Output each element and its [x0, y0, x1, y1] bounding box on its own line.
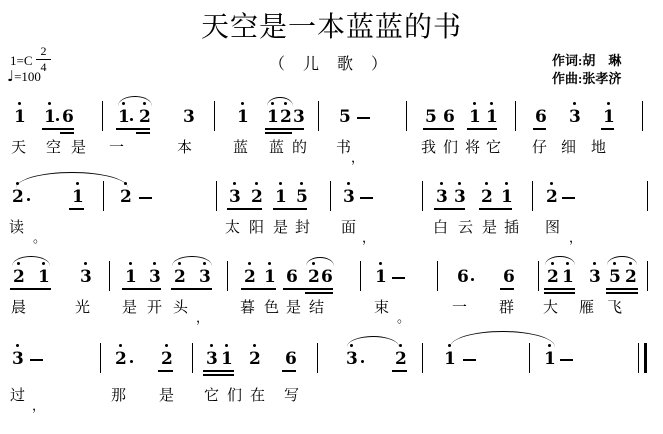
note-digit: 1: [237, 108, 249, 127]
slur-arc: [16, 172, 128, 188]
note-digit: 3: [454, 188, 466, 207]
note-digit: 6: [457, 268, 469, 287]
final-barline: [638, 343, 647, 373]
barline: [330, 181, 331, 211]
note-digit: 2: [115, 350, 127, 369]
beam-underline: [467, 128, 497, 130]
note-digit: 1: [562, 268, 574, 287]
octave-dot: [566, 262, 569, 265]
lyric-syllable: 是: [286, 300, 301, 317]
note-digit: 1: [264, 268, 276, 287]
beam-underline: [601, 128, 614, 130]
octave-dot: [350, 344, 353, 347]
note-digit: 5: [609, 268, 621, 287]
lyric-syllable: 飞: [607, 300, 622, 317]
octave-dot: [548, 344, 551, 347]
note-digit: 5: [425, 108, 437, 127]
lyric-syllable: 那: [111, 388, 126, 405]
lyric-syllable: 读: [9, 220, 24, 237]
octave-dot: [203, 262, 206, 265]
note-digit: 5: [296, 188, 308, 207]
note-digit: 6: [285, 350, 297, 369]
lyric-syllable: 细: [561, 140, 576, 157]
octave-dot: [84, 262, 87, 265]
barline: [216, 181, 217, 211]
octave-dot: [233, 182, 236, 185]
note-digit: 2: [174, 268, 186, 287]
octave-dot: [18, 102, 21, 105]
barline: [102, 101, 103, 131]
barline: [647, 181, 648, 211]
lyric-syllable: 天: [11, 140, 26, 157]
barline: [109, 261, 110, 291]
beam-underline: [69, 208, 84, 210]
beam-underline: [533, 128, 546, 130]
lyric-syllable: 我: [421, 140, 436, 157]
octave-dot: [485, 182, 488, 185]
lyric-syllable: 在: [250, 388, 265, 405]
note-digit: 3: [293, 108, 305, 127]
lyric-syllable: 暮: [240, 300, 255, 317]
slur-arc: [450, 331, 555, 347]
barline: [227, 261, 228, 291]
score: 116123112355611631天空是一本蓝蓝的书，我们将它仔细地21232…: [0, 0, 663, 434]
beam-underline: [273, 208, 307, 210]
beam-underline: [434, 208, 465, 210]
octave-dot: [48, 102, 51, 105]
note-digit: 3: [149, 268, 161, 287]
augmentation-dot: [56, 118, 59, 121]
octave-dot: [613, 262, 616, 265]
octave-dot: [607, 102, 610, 105]
octave-dot: [241, 102, 244, 105]
note-digit: 2: [308, 268, 320, 287]
beam-underline: [544, 288, 575, 290]
note-digit: 1: [444, 350, 456, 369]
beam-underline: [227, 208, 262, 210]
note-digit: 2: [12, 188, 24, 207]
barline: [538, 261, 539, 291]
note-digit: 2: [13, 268, 25, 287]
lyric-syllable: 一: [452, 300, 467, 317]
octave-dot: [248, 262, 251, 265]
beam-underline: [10, 288, 51, 290]
beam-underline: [158, 370, 173, 372]
lyric-syllable: 们: [443, 140, 458, 157]
octave-dot: [165, 344, 168, 347]
octave-dot: [76, 182, 79, 185]
lyric-syllable: 是: [71, 140, 86, 157]
lyric-syllable: 蓝: [269, 140, 284, 157]
barline: [532, 181, 533, 211]
octave-dot: [178, 262, 181, 265]
octave-dot: [347, 182, 350, 185]
octave-dot: [268, 262, 271, 265]
barline: [642, 101, 643, 131]
beam-underline: [203, 374, 234, 376]
lyric-syllable: 是: [482, 220, 497, 237]
lyric-syllable: 色: [264, 300, 279, 317]
duration-dash: [560, 359, 573, 361]
lyric-syllable: 本: [177, 140, 192, 157]
lyric-syllable: 蓝: [233, 140, 248, 157]
note-digit: 1: [375, 268, 387, 287]
lyric-syllable: 云: [458, 220, 473, 237]
note-digit: 3: [569, 108, 581, 127]
octave-dot: [129, 262, 132, 265]
octave-dot: [312, 262, 315, 265]
note-digit: 1: [118, 108, 130, 127]
barline: [422, 343, 423, 373]
barline: [406, 101, 407, 131]
lyric-syllable: ，: [351, 149, 364, 166]
beam-underline: [544, 292, 575, 294]
augmentation-dot: [471, 278, 474, 281]
beam-underline: [606, 292, 638, 294]
beam-underline: [392, 370, 407, 372]
octave-dot: [17, 262, 20, 265]
note-digit: 2: [546, 188, 558, 207]
beam-underline: [171, 288, 212, 290]
note-digit: 2: [625, 268, 637, 287]
octave-dot: [490, 102, 493, 105]
duration-dash: [463, 359, 476, 361]
octave-dot: [16, 344, 19, 347]
octave-dot: [279, 182, 282, 185]
duration-dash: [360, 197, 373, 199]
note-digit: 1: [72, 188, 84, 207]
note-digit: 6: [286, 268, 298, 287]
octave-dot: [440, 182, 443, 185]
octave-dot: [16, 182, 19, 185]
barline: [529, 343, 530, 373]
octave-dot: [153, 262, 156, 265]
note-digit: 1: [501, 188, 513, 207]
note-digit: 3: [199, 268, 211, 287]
octave-dot: [255, 182, 258, 185]
lyric-syllable: 地: [591, 140, 606, 157]
lyric-syllable: 束: [374, 300, 389, 317]
lyric-syllable: 晨: [11, 300, 26, 317]
lyric-syllable: 头: [173, 300, 188, 317]
note-digit: 2: [244, 268, 256, 287]
note-digit: 6: [62, 108, 74, 127]
slur-arc: [607, 256, 637, 265]
lyric-syllable: 一: [109, 140, 124, 157]
note-digit: 2: [120, 188, 132, 207]
beam-underline: [60, 132, 74, 134]
lyric-syllable: 开: [147, 300, 162, 317]
octave-dot: [122, 102, 125, 105]
note-digit: 2: [249, 350, 261, 369]
beam-underline: [282, 370, 296, 372]
lyric-syllable: ，: [362, 229, 375, 246]
octave-dot: [42, 262, 45, 265]
octave-dot: [458, 182, 461, 185]
barline: [317, 343, 318, 373]
barline: [318, 101, 319, 131]
note-digit: 1: [38, 268, 50, 287]
augmentation-dot: [27, 198, 30, 201]
beam-underline: [241, 288, 276, 290]
note-digit: 6: [535, 108, 547, 127]
note-digit: 3: [589, 268, 601, 287]
octave-dot: [284, 102, 287, 105]
beam-underline: [265, 132, 292, 134]
note-digit: 1: [14, 108, 26, 127]
lyric-syllable: 雁: [579, 300, 594, 317]
beam-underline: [122, 288, 161, 290]
lyric-syllable: 写: [284, 388, 299, 405]
augmentation-dot: [130, 118, 133, 121]
octave-dot: [119, 344, 122, 347]
lyric-syllable: 大: [543, 300, 558, 317]
duration-dash: [392, 277, 405, 279]
barline: [515, 101, 516, 131]
sheet-music-page: 天空是一本蓝蓝的书 （ 儿 歌 ） 1=C 2 4 ♩=100 作词:胡 琳 作…: [0, 0, 663, 434]
octave-dot: [593, 262, 596, 265]
octave-dot: [550, 182, 553, 185]
note-digit: 3: [436, 188, 448, 207]
beam-underline: [423, 128, 454, 130]
lyric-syllable: 群: [499, 300, 514, 317]
note-digit: 1: [486, 108, 498, 127]
beam-underline: [305, 292, 333, 294]
lyric-syllable: 空: [46, 140, 61, 157]
lyric-syllable: 。: [397, 309, 410, 326]
octave-dot: [124, 182, 127, 185]
lyric-syllable: 光: [75, 300, 90, 317]
lyric-syllable: 它: [204, 388, 219, 405]
beam-underline: [42, 128, 74, 130]
octave-dot: [473, 102, 476, 105]
lyric-syllable: 仔: [532, 140, 547, 157]
octave-dot: [271, 102, 274, 105]
beam-underline: [136, 132, 150, 134]
note-digit: 1: [275, 188, 287, 207]
octave-dot: [225, 344, 228, 347]
note-digit: 2: [481, 188, 493, 207]
duration-dash: [562, 197, 575, 199]
lyric-syllable: 太: [225, 220, 240, 237]
barline: [103, 181, 104, 211]
lyric-syllable: 插: [504, 220, 519, 237]
beam-underline: [606, 288, 638, 290]
lyric-syllable: 阳: [249, 220, 264, 237]
barline: [100, 343, 101, 373]
note-digit: 3: [80, 268, 92, 287]
note-digit: 2: [161, 350, 173, 369]
octave-dot: [573, 102, 576, 105]
slur-arc: [545, 256, 575, 265]
note-digit: 6: [503, 268, 515, 287]
barline: [192, 343, 193, 373]
lyric-syllable: ，: [569, 229, 582, 246]
octave-dot: [143, 102, 146, 105]
note-digit: 3: [229, 188, 241, 207]
note-digit: 1: [267, 108, 279, 127]
lyric-syllable: 过: [10, 388, 25, 405]
barline: [360, 261, 361, 291]
note-digit: 2: [395, 350, 407, 369]
lyric-syllable: 是: [159, 388, 174, 405]
lyric-syllable: 结: [309, 300, 324, 317]
note-digit: 2: [280, 108, 292, 127]
beam-underline: [283, 288, 333, 290]
slur-arc: [347, 336, 399, 347]
note-digit: 1: [125, 268, 137, 287]
duration-dash: [357, 117, 370, 119]
barline: [214, 101, 215, 131]
lyric-syllable: 是: [273, 220, 288, 237]
octave-dot: [379, 262, 382, 265]
lyric-syllable: 。: [33, 229, 46, 246]
note-digit: 2: [251, 188, 263, 207]
augmentation-dot: [130, 360, 133, 363]
duration-dash: [30, 359, 43, 361]
lyric-syllable: 书: [336, 140, 351, 157]
note-digit: 6: [443, 108, 455, 127]
octave-dot: [629, 262, 632, 265]
lyric-syllable: 面: [341, 220, 356, 237]
lyric-syllable: 将: [465, 140, 480, 157]
note-digit: 3: [206, 350, 218, 369]
beam-underline: [203, 370, 234, 372]
lyric-syllable: 它: [486, 140, 501, 157]
note-digit: 2: [547, 268, 559, 287]
octave-dot: [551, 262, 554, 265]
octave-dot: [210, 344, 213, 347]
lyric-syllable: ，: [196, 309, 209, 326]
note-digit: 2: [139, 108, 151, 127]
lyric-syllable: 是: [122, 300, 137, 317]
octave-dot: [505, 182, 508, 185]
note-digit: 1: [544, 350, 556, 369]
lyric-syllable: 封: [295, 220, 310, 237]
octave-dot: [253, 344, 256, 347]
lyric-syllable: ，: [32, 397, 45, 414]
beam-underline: [265, 128, 304, 130]
octave-dot: [448, 344, 451, 347]
barline: [437, 261, 438, 291]
beam-underline: [479, 208, 512, 210]
octave-dot: [300, 182, 303, 185]
octave-dot: [399, 344, 402, 347]
note-digit: 3: [343, 188, 355, 207]
duration-dash: [139, 197, 152, 199]
lyric-syllable: 白: [433, 220, 448, 237]
beam-underline: [116, 128, 150, 130]
lyric-syllable: 的: [292, 140, 307, 157]
note-digit: 1: [603, 108, 615, 127]
lyric-syllable: 图: [545, 220, 560, 237]
lyric-syllable: 们: [227, 388, 242, 405]
barline: [422, 181, 423, 211]
note-digit: 3: [12, 350, 24, 369]
note-digit: 3: [346, 350, 358, 369]
beam-underline: [500, 288, 514, 290]
augmentation-dot: [361, 360, 364, 363]
note-digit: 5: [339, 108, 351, 127]
note-digit: 3: [183, 108, 195, 127]
note-digit: 1: [469, 108, 481, 127]
slur-arc: [306, 257, 334, 266]
note-digit: 6: [321, 268, 333, 287]
barline: [647, 261, 648, 291]
note-digit: 1: [44, 108, 56, 127]
note-digit: 1: [221, 350, 233, 369]
